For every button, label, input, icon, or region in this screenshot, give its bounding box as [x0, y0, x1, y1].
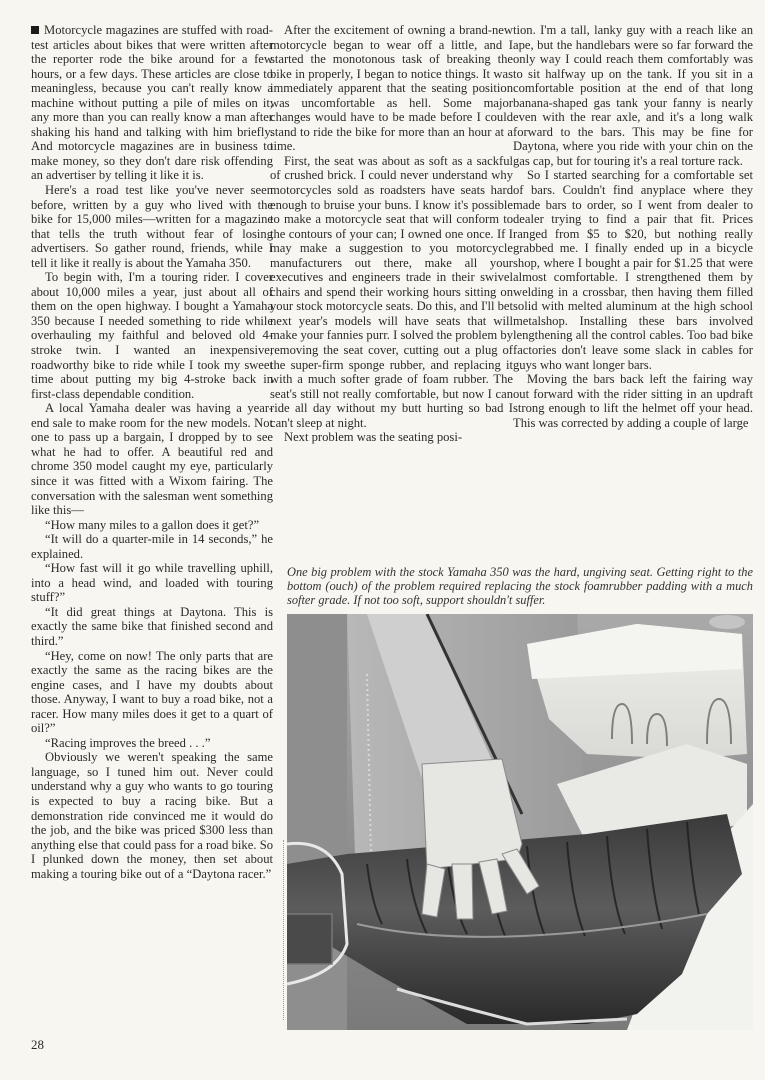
article-paragraph: tion. I'm a tall, lanky guy with a reach…: [513, 23, 753, 168]
article-paragraph: A local Yamaha dealer was having a year-…: [31, 401, 273, 517]
article-paragraph: Moving the bars back left the fairing wa…: [513, 372, 753, 430]
article-column-1: Motorcycle magazines are stuffed with ro…: [31, 23, 273, 881]
article-column-2: After the excitement of owning a brand-n…: [270, 23, 513, 445]
article-photo: [287, 614, 753, 1030]
page-number: 28: [31, 1037, 44, 1053]
dialogue-paragraph: “Hey, come on now! The only parts that a…: [31, 649, 273, 736]
magazine-page: Motorcycle magazines are stuffed with ro…: [0, 0, 765, 1080]
dialogue-paragraph: “It did great things at Daytona. This is…: [31, 605, 273, 649]
paragraph-text: Motorcycle magazines are stuffed with ro…: [31, 23, 273, 182]
dialogue-paragraph: “How fast will it go while travelling up…: [31, 561, 273, 605]
article-paragraph: Obviously we weren't speaking the same l…: [31, 750, 273, 881]
article-paragraph: After the excitement of owning a brand-n…: [270, 23, 513, 154]
article-paragraph: So I started searching for a comfortable…: [513, 168, 753, 372]
dialogue-paragraph: “How many miles to a gallon does it get?…: [31, 518, 273, 533]
section-start-bullet-icon: [31, 26, 39, 34]
article-paragraph: Next problem was the seating posi-: [270, 430, 513, 445]
article-paragraph: Motorcycle magazines are stuffed with ro…: [31, 23, 273, 183]
gutter-dots: [283, 840, 285, 1020]
dialogue-paragraph: “Racing improves the breed . . .”: [31, 736, 273, 751]
photo-caption: One big problem with the stock Yamaha 35…: [287, 565, 753, 608]
article-paragraph: To begin with, I'm a touring rider. I co…: [31, 270, 273, 401]
dialogue-paragraph: “It will do a quarter-mile in 14 seconds…: [31, 532, 273, 561]
article-paragraph: Here's a road test like you've never see…: [31, 183, 273, 270]
article-column-3: tion. I'm a tall, lanky guy with a reach…: [513, 23, 753, 430]
seat-photo-illustration: [287, 614, 753, 1030]
article-paragraph: First, the seat was about as soft as a s…: [270, 154, 513, 430]
